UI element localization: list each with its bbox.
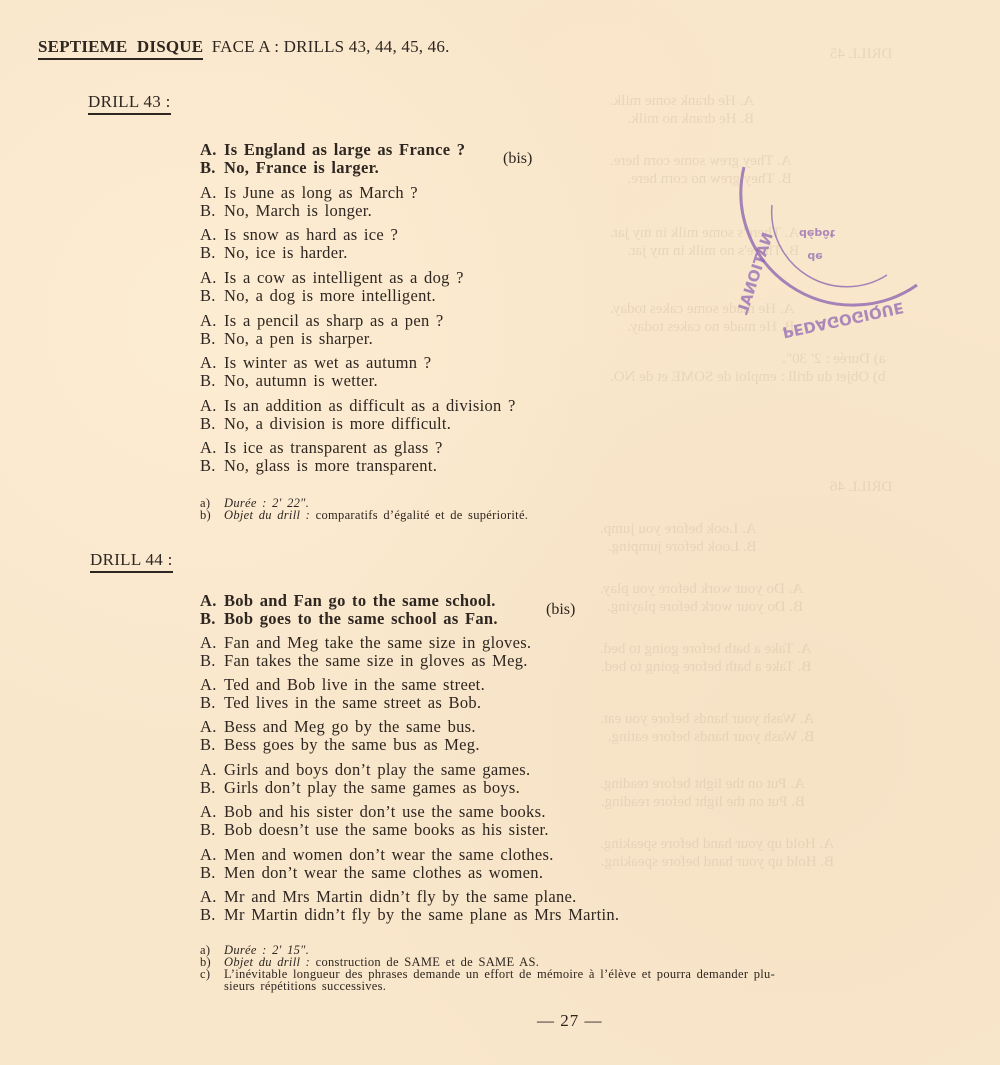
- speaker-b-label: B.: [200, 652, 224, 670]
- bleed-through-text: A. Look before you jump.B. Look before j…: [600, 520, 757, 556]
- transformed-text: Ted lives in the same street as Bob.: [224, 693, 481, 712]
- speaker-a-label: A.: [200, 141, 224, 159]
- speaker-b-label: B.: [200, 202, 224, 220]
- speaker-b-label: B.: [200, 610, 224, 628]
- statement-text: Bob and Fan go to the same school.: [224, 591, 496, 610]
- speaker-a-label: A.: [200, 676, 224, 694]
- question-text: Is winter as wet as autumn ?: [224, 353, 431, 372]
- transformed-text: Men don’t wear the same clothes as women…: [224, 863, 543, 882]
- speaker-a-label: A.: [200, 184, 224, 202]
- speaker-a-label: A.: [200, 888, 224, 906]
- drill-44-pair-3: A.Ted and Bob live in the same street. B…: [200, 676, 485, 712]
- bleed-through-text: A. Wash your hands before you eat.B. Was…: [600, 710, 814, 746]
- bleed-through-text: DRILL 45: [830, 45, 892, 63]
- drill-43-pair-2: A.Is June as long as March ? B.No, March…: [200, 184, 418, 220]
- bleed-through-text: A. Do your work before you play.B. Do yo…: [600, 580, 803, 616]
- speaker-a-label: A.: [200, 718, 224, 736]
- answer-text: No, ice is harder.: [224, 243, 348, 262]
- speaker-a-label: A.: [200, 846, 224, 864]
- drill-44-pair-6: A.Bob and his sister don’t use the same …: [200, 803, 549, 839]
- drill-43-pair-6: A.Is winter as wet as autumn ? B.No, aut…: [200, 354, 431, 390]
- speaker-b-label: B.: [200, 864, 224, 882]
- drill-44-pair-8: A.Mr and Mrs Martin didn’t fly by the sa…: [200, 888, 619, 924]
- face-drills-subtitle: FACE A : DRILLS 43, 44, 45, 46.: [212, 37, 450, 56]
- drill-44-title: DRILL 44 :: [90, 550, 173, 573]
- drill-44-notes: a)Durée : 2′ 15″. b)Objet du drill : con…: [200, 944, 775, 992]
- drill-44-pair-1: A.Bob and Fan go to the same school. B.B…: [200, 592, 498, 628]
- statement-text: Bob and his sister don’t use the same bo…: [224, 802, 546, 821]
- drill-43-pair-3: A.Is snow as hard as ice ? B.No, ice is …: [200, 226, 398, 262]
- question-text: Is ice as transparent as glass ?: [224, 438, 443, 457]
- bis-note: (bis): [503, 150, 532, 168]
- objective-value: comparatifs d’égalité et de supériorité.: [316, 508, 529, 522]
- drill-43-pair-8: A.Is ice as transparent as glass ? B.No,…: [200, 439, 443, 475]
- statement-text: Bess and Meg go by the same bus.: [224, 717, 476, 736]
- transformed-text: Fan takes the same size in gloves as Meg…: [224, 651, 528, 670]
- statement-text: Men and women don’t wear the same clothe…: [224, 845, 554, 864]
- speaker-b-label: B.: [200, 244, 224, 262]
- bleed-through-text: A. He drank some milk.B. He drank no mil…: [610, 92, 754, 128]
- drill-43-pair-7: A.Is an addition as difficult as a divis…: [200, 397, 516, 433]
- library-stamp-icon: NATIONAL PEDAGOGIQUE dépôt de: [722, 165, 922, 340]
- answer-text: No, glass is more transparent.: [224, 456, 437, 475]
- drill-44-pair-2: A.Fan and Meg take the same size in glov…: [200, 634, 531, 670]
- statement-text: Ted and Bob live in the same street.: [224, 675, 485, 694]
- speaker-a-label: A.: [200, 761, 224, 779]
- speaker-b-label: B.: [200, 736, 224, 754]
- answer-text: No, France is larger.: [224, 158, 379, 177]
- question-text: Is an addition as difficult as a divisio…: [224, 396, 516, 415]
- speaker-a-label: A.: [200, 592, 224, 610]
- speaker-b-label: B.: [200, 821, 224, 839]
- speaker-b-label: B.: [200, 159, 224, 177]
- drill-44-pair-7: A.Men and women don’t wear the same clot…: [200, 846, 554, 882]
- speaker-b-label: B.: [200, 779, 224, 797]
- question-text: Is a pencil as sharp as a pen ?: [224, 311, 444, 330]
- speaker-b-label: B.: [200, 906, 224, 924]
- bis-note: (bis): [546, 601, 575, 619]
- speaker-a-label: A.: [200, 397, 224, 415]
- drill-43-pair-1: A.Is England as large as France ? B.No, …: [200, 141, 465, 177]
- speaker-a-label: A.: [200, 312, 224, 330]
- note-label: c): [200, 968, 224, 980]
- transformed-text: Bob doesn’t use the same books as his si…: [224, 820, 549, 839]
- question-text: Is snow as hard as ice ?: [224, 225, 398, 244]
- answer-text: No, autumn is wetter.: [224, 371, 378, 390]
- statement-text: Fan and Meg take the same size in gloves…: [224, 633, 531, 652]
- question-text: Is a cow as intelligent as a dog ?: [224, 268, 464, 287]
- statement-text: Girls and boys don’t play the same games…: [224, 760, 530, 779]
- answer-text: No, a dog is more intelligent.: [224, 286, 436, 305]
- speaker-b-label: B.: [200, 457, 224, 475]
- document-page: DRILL 45 A. He drank some milk.B. He dra…: [0, 0, 1000, 1065]
- bleed-through-text: a) Durée : 2′ 30″.b) Objet du drill : em…: [610, 350, 885, 386]
- bleed-through-text: A. Put on the light before reading.B. Pu…: [600, 775, 805, 811]
- disque-title: SEPTIEME DISQUE: [38, 37, 203, 60]
- speaker-a-label: A.: [200, 269, 224, 287]
- drill-43-title: DRILL 43 :: [88, 92, 171, 115]
- remark-text-continued: sieurs répétitions successives.: [200, 980, 775, 992]
- svg-text:dépôt: dépôt: [799, 227, 835, 240]
- drill-44-pair-5: A.Girls and boys don’t play the same gam…: [200, 761, 530, 797]
- note-label: b): [200, 509, 224, 521]
- bleed-through-text: DRILL 46: [830, 478, 892, 496]
- speaker-a-label: A.: [200, 439, 224, 457]
- answer-text: No, a division is more difficult.: [224, 414, 451, 433]
- answer-text: No, March is longer.: [224, 201, 372, 220]
- question-text: Is June as long as March ?: [224, 183, 418, 202]
- speaker-b-label: B.: [200, 330, 224, 348]
- drill-43-pair-4: A.Is a cow as intelligent as a dog ? B.N…: [200, 269, 464, 305]
- page-header: SEPTIEME DISQUE FACE A : DRILLS 43, 44, …: [38, 37, 450, 57]
- drill-43-notes: a)Durée : 2′ 22″. b)Objet du drill : com…: [200, 497, 528, 521]
- speaker-a-label: A.: [200, 634, 224, 652]
- transformed-text: Bob goes to the same school as Fan.: [224, 609, 498, 628]
- transformed-text: Bess goes by the same bus as Meg.: [224, 735, 480, 754]
- drill-44-pair-4: A.Bess and Meg go by the same bus. B.Bes…: [200, 718, 480, 754]
- transformed-text: Girls don’t play the same games as boys.: [224, 778, 520, 797]
- drill-43-pair-5: A.Is a pencil as sharp as a pen ? B.No, …: [200, 312, 444, 348]
- speaker-b-label: B.: [200, 694, 224, 712]
- question-text: Is England as large as France ?: [224, 140, 465, 159]
- objective-key: Objet du drill :: [224, 508, 310, 522]
- transformed-text: Mr Martin didn’t fly by the same plane a…: [224, 905, 619, 924]
- answer-text: No, a pen is sharper.: [224, 329, 373, 348]
- svg-text:NATIONAL: NATIONAL: [733, 230, 777, 317]
- speaker-b-label: B.: [200, 287, 224, 305]
- bleed-through-text: A. Take a bath before going to bed.B. Ta…: [600, 640, 812, 676]
- svg-text:de: de: [807, 250, 822, 263]
- statement-text: Mr and Mrs Martin didn’t fly by the same…: [224, 887, 577, 906]
- speaker-b-label: B.: [200, 372, 224, 390]
- page-number: — 27 —: [537, 1011, 603, 1031]
- speaker-a-label: A.: [200, 354, 224, 372]
- speaker-b-label: B.: [200, 415, 224, 433]
- bleed-through-text: A. Hold up your hand before speaking.B. …: [600, 835, 834, 871]
- speaker-a-label: A.: [200, 226, 224, 244]
- speaker-a-label: A.: [200, 803, 224, 821]
